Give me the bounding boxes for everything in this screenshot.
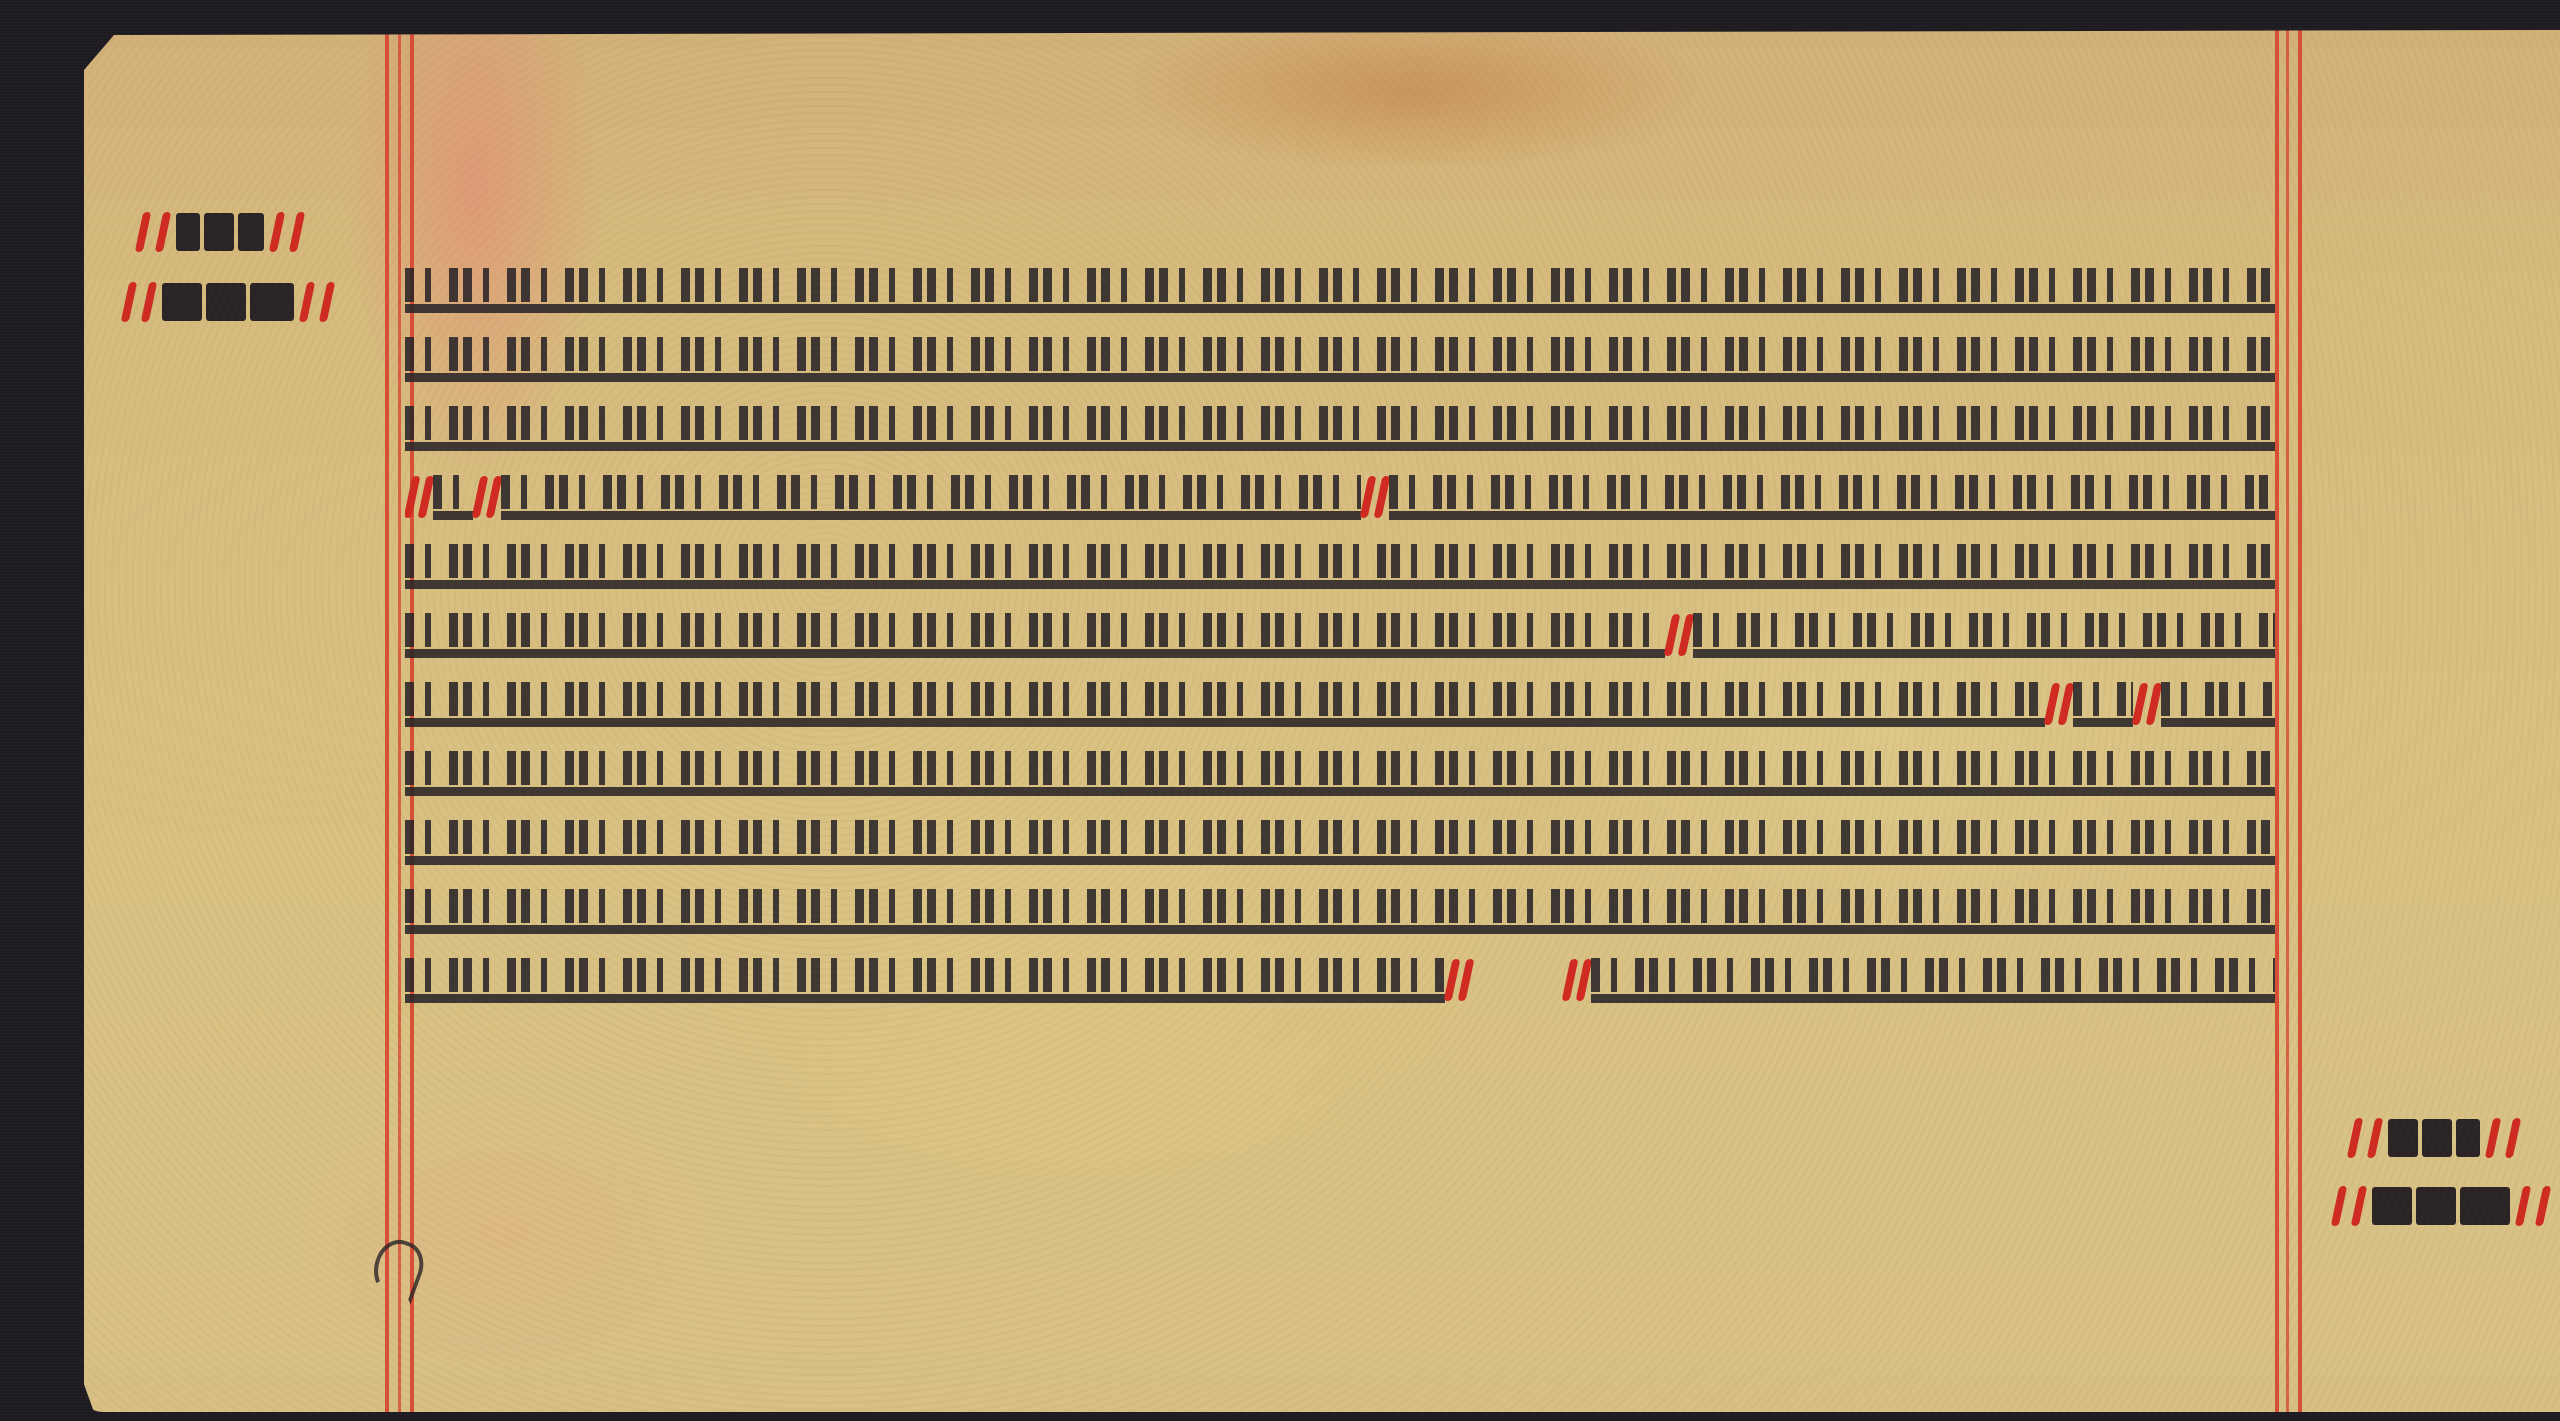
- left-margin-title: [122, 276, 334, 328]
- folio-number-glyphs: [2388, 1119, 2480, 1157]
- title-glyphs: [2372, 1187, 2510, 1225]
- text-line-9: [405, 807, 2275, 876]
- left-ruling-line: [398, 30, 401, 1412]
- text-line-11: [405, 945, 2275, 1014]
- red-danda-mark: [486, 476, 503, 518]
- left-ruling-line: [385, 30, 389, 1412]
- text-line-6: [405, 600, 2275, 669]
- script-description: Newar script (upside-down, not transcrib…: [0, 0, 1, 1]
- ink-scribble-mark: [366, 1234, 431, 1305]
- text-line-1: [405, 255, 2275, 324]
- red-danda-mark: [418, 476, 435, 518]
- right-margin-folio-number: [2348, 1112, 2520, 1164]
- right-ruling-line: [2298, 30, 2302, 1412]
- right-ruling-line: [2286, 30, 2289, 1412]
- red-danda-mark: [1678, 614, 1695, 656]
- red-danda-mark: [2058, 683, 2075, 725]
- right-margin-title: [2332, 1180, 2550, 1232]
- red-danda-mark: [1374, 476, 1391, 518]
- text-line-7: [405, 669, 2275, 738]
- text-line-2: [405, 324, 2275, 393]
- text-line-4: [405, 462, 2275, 531]
- text-line-10: [405, 876, 2275, 945]
- text-line-3: [405, 393, 2275, 462]
- red-danda-mark: [1576, 959, 1593, 1001]
- title-glyphs: [162, 283, 294, 321]
- text-line-8: [405, 738, 2275, 807]
- manuscript-text-block: [405, 255, 2275, 1014]
- left-margin-folio-number: [136, 206, 304, 258]
- red-danda-mark: [1458, 959, 1475, 1001]
- right-ruling-line: [2275, 30, 2279, 1412]
- red-danda-mark: [2146, 683, 2163, 725]
- text-line-5: [405, 531, 2275, 600]
- folio-number-glyphs: [176, 213, 264, 251]
